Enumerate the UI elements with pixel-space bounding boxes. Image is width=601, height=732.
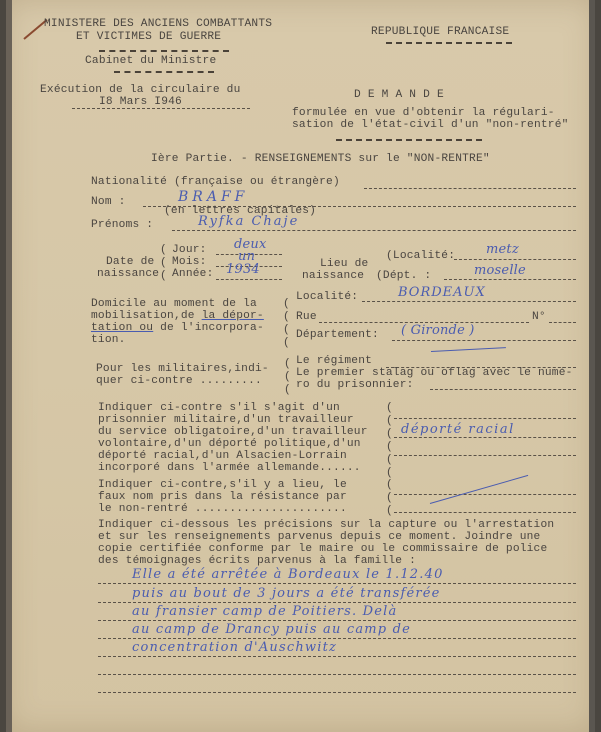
- categorie-line-2: [394, 437, 576, 438]
- precisions-line-3[interactable]: au fransier camp de Poitiers. Delà: [132, 605, 398, 619]
- annee-field: [216, 279, 282, 280]
- ministry-rule: [99, 50, 229, 52]
- prenoms-label: Prénoms :: [91, 219, 153, 232]
- departement-label: Département:: [296, 329, 379, 342]
- dom-localite-label: Localité:: [296, 291, 358, 304]
- precisions-line-2[interactable]: puis au bout de 3 jours a été transférée: [132, 587, 441, 601]
- nom-value[interactable]: BRAFF: [178, 190, 248, 204]
- nationalite-label: Nationalité (française ou étrangère): [91, 176, 340, 189]
- ministry-line-2: ET VICTIMES DE GUERRE: [76, 31, 221, 44]
- section-title: Ière Partie. - RENSEIGNEMENTS sur le "NO…: [151, 153, 490, 166]
- precisions-rule-1: [98, 583, 576, 584]
- date-brace: ( ( (: [160, 244, 167, 283]
- precisions-rule-5: [98, 656, 576, 657]
- domicile-brace: ( ( ( (: [283, 298, 290, 350]
- execution-underline: [72, 108, 250, 109]
- localite-field: [454, 259, 576, 260]
- republic-rule: [386, 42, 512, 44]
- annee-value[interactable]: 1934: [226, 263, 260, 277]
- precisions-line-4[interactable]: au camp de Drancy puis au camp de: [132, 623, 411, 637]
- date-label-2: naissance: [97, 268, 159, 281]
- stalag-label-2: ro du prisonnier:: [296, 379, 414, 392]
- annee-label: Année:: [172, 268, 213, 281]
- localite-label: (Localité:: [386, 250, 455, 263]
- dept-field: [444, 279, 576, 280]
- fauxnom-line-1[interactable]: [394, 494, 576, 495]
- prenoms-field: [172, 230, 576, 231]
- categorie-brace: ( ( ( ( ( (: [386, 402, 393, 480]
- militaires-label-2: quer ci-contre .........: [96, 375, 262, 388]
- republic-title: REPUBLIQUE FRANCAISE: [371, 26, 509, 39]
- cabinet-rule: [114, 71, 214, 73]
- demande-rule: [336, 139, 482, 141]
- demande-line-2: sation de l'état-civil d'un "non-rentré": [292, 119, 569, 132]
- dept-label: (Dépt. :: [376, 270, 431, 283]
- numero-field[interactable]: [549, 322, 576, 323]
- fauxnom-line-2[interactable]: [394, 512, 576, 513]
- militaires-brace: ( ( (: [284, 358, 291, 397]
- pen-stroke-departement: [431, 347, 506, 352]
- precisions-rule-2: [98, 602, 576, 603]
- numero-label: N°: [532, 311, 546, 324]
- departement-field: [392, 340, 576, 341]
- dom-localite-value[interactable]: BORDEAUX: [398, 286, 486, 300]
- scan-edge-left: [6, 0, 12, 732]
- prenoms-value[interactable]: Ryfka Chaje: [198, 215, 299, 229]
- demande-title: D E M A N D E: [354, 89, 444, 102]
- ministry-line-1: MINISTERE DES ANCIENS COMBATTANTS: [44, 18, 272, 31]
- precisions-rule-7[interactable]: [98, 692, 576, 693]
- precisions-line-1[interactable]: Elle a été arrêtée à Bordeaux le 1.12.40: [132, 568, 444, 582]
- dom-localite-field: [362, 301, 576, 302]
- rue-label: Rue: [296, 311, 317, 324]
- precisions-rule-4: [98, 638, 576, 639]
- categorie-line-1: [394, 418, 576, 419]
- categorie-line-3: [394, 455, 576, 456]
- categorie-value[interactable]: déporté racial: [401, 423, 515, 437]
- fauxnom-label-3: le non-rentré ......................: [98, 503, 347, 516]
- precisions-rule-6[interactable]: [98, 674, 576, 675]
- lieu-label-2: naissance: [302, 270, 364, 283]
- scan-edge-right: [589, 0, 595, 732]
- nom-label: Nom :: [91, 196, 126, 209]
- nationalite-field[interactable]: [364, 188, 576, 189]
- domicile-label-4: tion.: [91, 334, 126, 347]
- stalag-field[interactable]: [430, 389, 576, 390]
- departement-value[interactable]: ( Gironde ): [401, 324, 475, 338]
- localite-value[interactable]: metz: [486, 243, 519, 257]
- pen-strike-fauxnom: [430, 475, 528, 504]
- precisions-line-5[interactable]: concentration d'Auschwitz: [132, 641, 337, 655]
- precisions-rule-3: [98, 620, 576, 621]
- fauxnom-brace: ( ( (: [386, 479, 393, 518]
- dept-value[interactable]: moselle: [474, 264, 526, 278]
- document-page: MINISTERE DES ANCIENS COMBATTANTS ET VIC…: [6, 0, 595, 732]
- categorie-label-6: incorporé dans l'armée allemande......: [98, 462, 361, 475]
- cabinet-title: Cabinet du Ministre: [85, 55, 216, 68]
